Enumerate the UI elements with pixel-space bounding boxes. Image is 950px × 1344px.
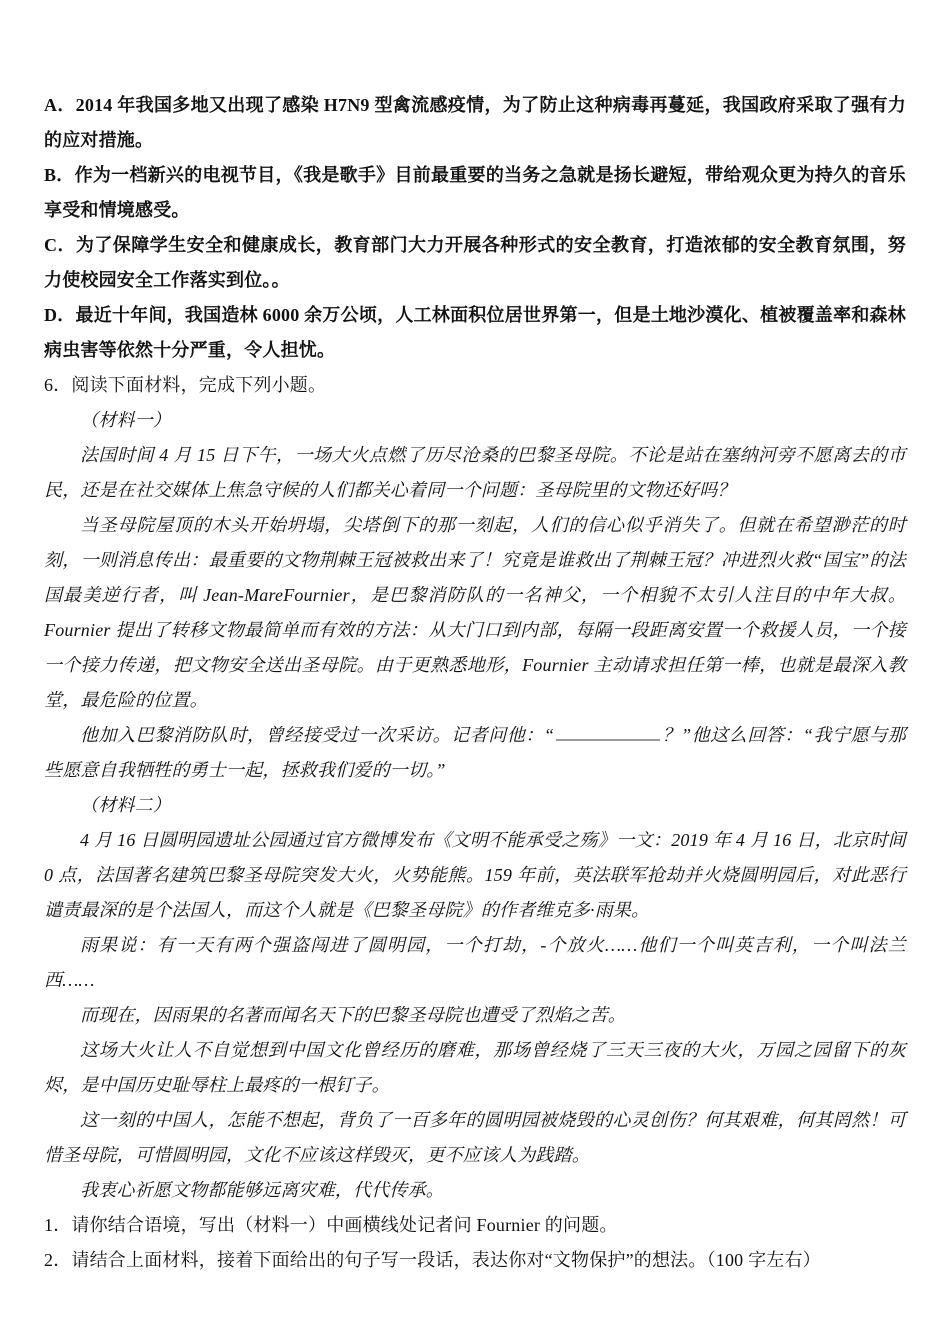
question-6-stem: 6．阅读下面材料，完成下列小题。 (44, 368, 906, 403)
sub-question-1-text: 请你结合语境，写出（材料一）中画横线处记者问 Fournier 的问题。 (71, 1215, 617, 1235)
material-1-paragraph-1: 法国时间 4 月 15 日下午，一场大火点燃了历尽沧桑的巴黎圣母院。不论是站在塞… (44, 438, 906, 508)
material-2-paragraph-3: 而现在，因雨果的名著而闻名天下的巴黎圣母院也遭受了烈焰之苦。 (44, 998, 906, 1033)
material-1-interview-line: 他加入巴黎消防队时，曾经接受过一次采访。记者问他：“？”他这么回答：“我宁愿与那… (44, 718, 906, 788)
material-2-paragraph-1: 4 月 16 日圆明园遗址公园通过官方微博发布《文明不能承受之殇》一文：2019… (44, 823, 906, 928)
sub-question-1-number: 1． (44, 1215, 71, 1235)
sub-question-2-text: 请结合上面材料，接着下面给出的句子写一段话，表达你对“文物保护”的想法。（100… (71, 1250, 820, 1270)
option-a-label: A． (44, 95, 76, 115)
option-b: B．作为一档新兴的电视节目，《我是歌手》目前最重要的当务之急就是扬长避短，带给观… (44, 158, 906, 228)
material-2-paragraph-4: 这场大火让人不自觉想到中国文化曾经历的磨难，那场曾经烧了三天三夜的大火，万园之园… (44, 1033, 906, 1103)
material-2-heading: （材料二） (44, 788, 906, 823)
option-b-label: B． (44, 165, 75, 185)
option-b-text: 作为一档新兴的电视节目，《我是歌手》目前最重要的当务之急就是扬长避短，带给观众更… (44, 165, 906, 220)
interview-blank-underline (556, 721, 660, 741)
option-d: D．最近十年间，我国造林 6000 余万公顷，人工林面积位居世界第一，但是土地沙… (44, 298, 906, 368)
option-d-text: 最近十年间，我国造林 6000 余万公顷，人工林面积位居世界第一，但是土地沙漠化… (44, 305, 906, 360)
option-a-text: 2014 年我国多地又出现了感染 H7N9 型禽流感疫情，为了防止这种病毒再蔓延… (44, 95, 906, 150)
interview-text-before: 他加入巴黎消防队时，曾经接受过一次采访。记者问他：“ (80, 725, 554, 745)
sub-question-1: 1．请你结合语境，写出（材料一）中画横线处记者问 Fournier 的问题。 (44, 1208, 906, 1243)
material-2-paragraph-2: 雨果说：有一天有两个强盗闯进了圆明园，一个打劫，-个放火……他们一个叫英吉利，一… (44, 928, 906, 998)
option-a: A．2014 年我国多地又出现了感染 H7N9 型禽流感疫情，为了防止这种病毒再… (44, 88, 906, 158)
material-2-paragraph-6: 我衷心祈愿文物都能够远离灾难，代代传承。 (44, 1173, 906, 1208)
material-2-paragraph-5: 这一刻的中国人，怎能不想起，背负了一百多年的圆明园被烧毁的心灵创伤？何其艰难，何… (44, 1103, 906, 1173)
exam-paper-page: A．2014 年我国多地又出现了感染 H7N9 型禽流感疫情，为了防止这种病毒再… (0, 0, 950, 1344)
option-c-text: 为了保障学生安全和健康成长，教育部门大力开展各种形式的安全教育，打造浓郁的安全教… (44, 235, 906, 290)
sub-question-2: 2．请结合上面材料，接着下面给出的句子写一段话，表达你对“文物保护”的想法。（1… (44, 1243, 906, 1278)
option-d-label: D． (44, 305, 75, 325)
material-1-heading: （材料一） (44, 403, 906, 438)
option-c-label: C． (44, 235, 76, 255)
sub-question-2-number: 2． (44, 1250, 71, 1270)
option-c: C．为了保障学生安全和健康成长，教育部门大力开展各种形式的安全教育，打造浓郁的安… (44, 228, 906, 298)
material-1-paragraph-2: 当圣母院屋顶的木头开始坍塌，尖塔倒下的那一刻起，人们的信心似乎消失了。但就在希望… (44, 508, 906, 718)
